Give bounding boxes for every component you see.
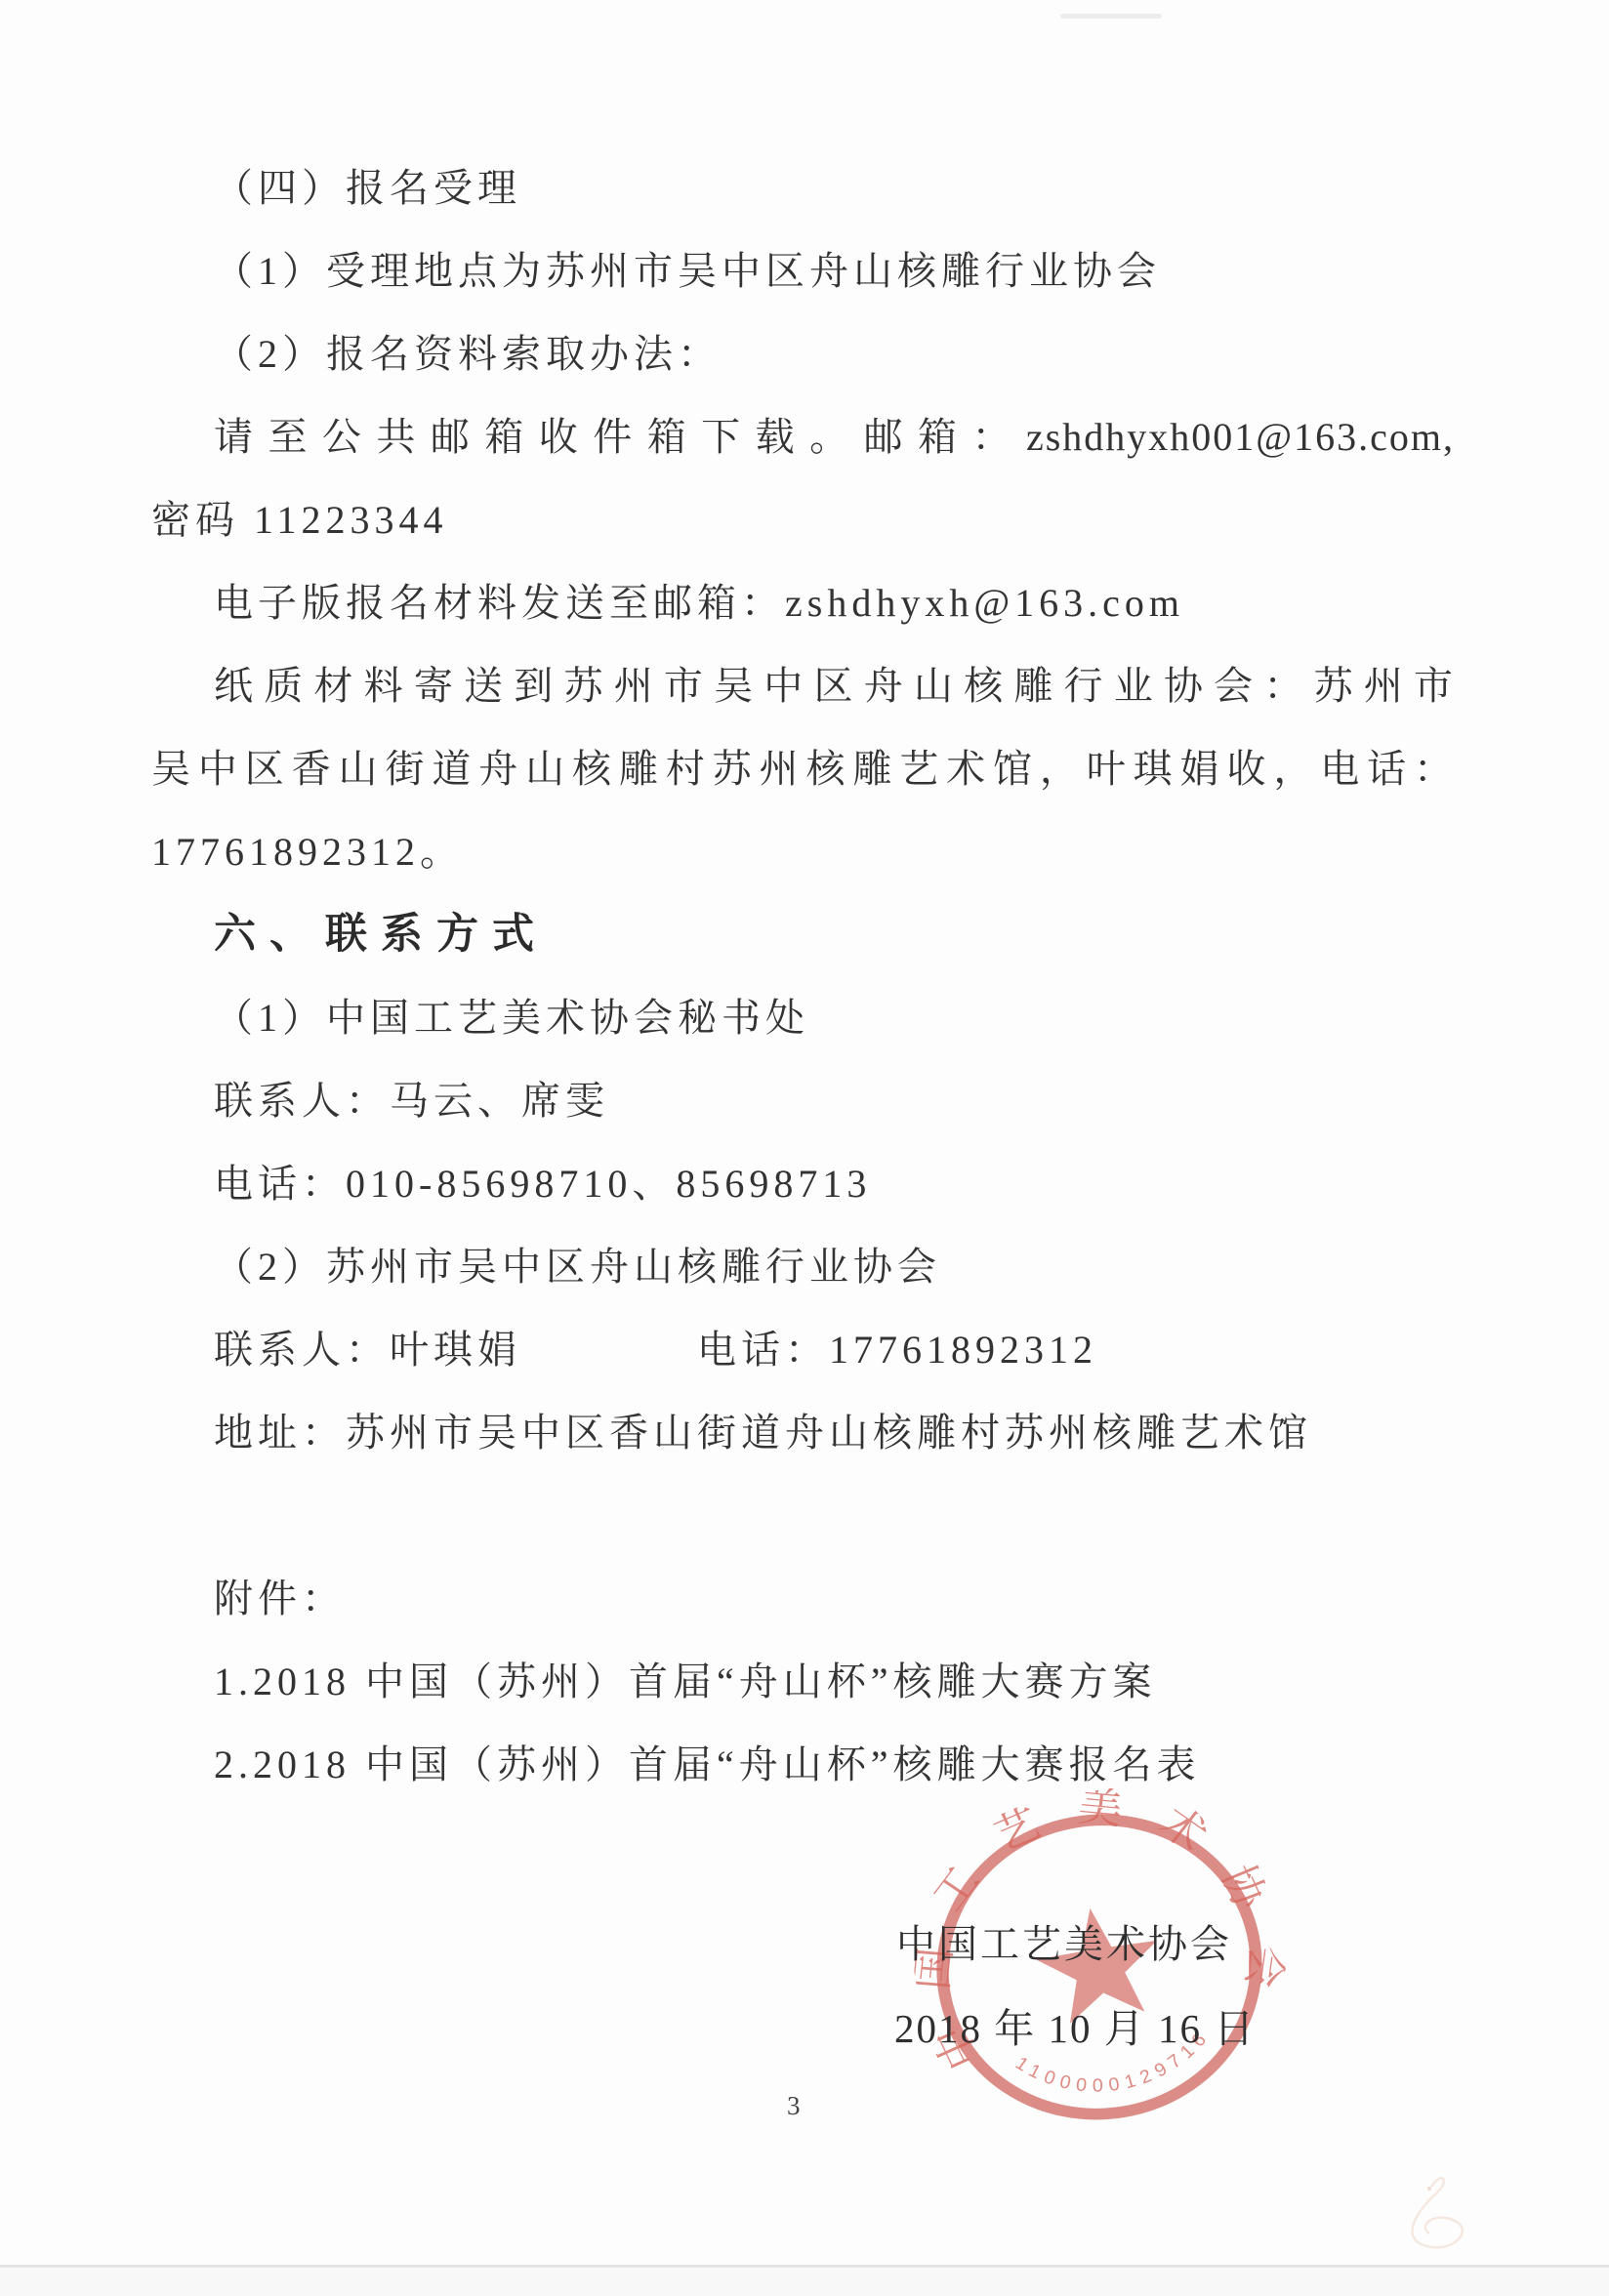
document-body: （四）报名受理（1）受理地点为苏州市吴中区舟山核雕行业协会（2）报名资料索取办法… [151, 146, 1455, 1806]
scan-smudge [1060, 14, 1162, 19]
document-line: （四）报名受理 [151, 146, 1455, 229]
document-line: 电话：010-85698710、85698713 [151, 1142, 1455, 1225]
document-line: 请至公共邮箱收件箱下载。邮箱：zshdhyxh001@163.com, [151, 395, 1455, 478]
document-line: 2.2018 中国（苏州）首届“舟山杯”核雕大赛报名表 [151, 1723, 1455, 1806]
document-line [151, 1474, 1455, 1557]
document-line: 1.2018 中国（苏州）首届“舟山杯”核雕大赛方案 [151, 1640, 1455, 1723]
signature-organization: 中国工艺美术协会 [896, 1915, 1232, 1974]
document-line: （2）苏州市吴中区舟山核雕行业协会 [151, 1225, 1455, 1308]
scan-scribble-artifact [1394, 2169, 1482, 2267]
document-line: 密码 11223344 [151, 478, 1455, 561]
document-line: （1）中国工艺美术协会秘书处 [151, 976, 1455, 1059]
document-line: 联系人：叶琪娟 电话：17761892312 [151, 1308, 1455, 1391]
document-line: （1）受理地点为苏州市吴中区舟山核雕行业协会 [151, 229, 1455, 312]
document-line: 电子版报名材料发送至邮箱：zshdhyxh@163.com [151, 561, 1455, 644]
document-page: （四）报名受理（1）受理地点为苏州市吴中区舟山核雕行业协会（2）报名资料索取办法… [0, 0, 1609, 2296]
document-line: 六、联系方式 [151, 893, 1455, 976]
document-line: 吴中区香山街道舟山核雕村苏州核雕艺术馆，叶琪娟收，电话： [151, 727, 1455, 810]
page-number: 3 [787, 2091, 801, 2121]
document-line: （2）报名资料索取办法： [151, 312, 1455, 395]
document-line: 附件： [151, 1557, 1455, 1640]
scan-bottom-edge [0, 2265, 1609, 2296]
document-line: 联系人：马云、席雯 [151, 1059, 1455, 1142]
document-line: 纸质材料寄送到苏州市吴中区舟山核雕行业协会：苏州市 [151, 644, 1455, 727]
document-line: 地址：苏州市吴中区香山街道舟山核雕村苏州核雕艺术馆 [151, 1391, 1455, 1474]
signature-date: 2018 年 10 月 16 日 [894, 1999, 1256, 2058]
document-line: 17761892312。 [151, 810, 1455, 893]
